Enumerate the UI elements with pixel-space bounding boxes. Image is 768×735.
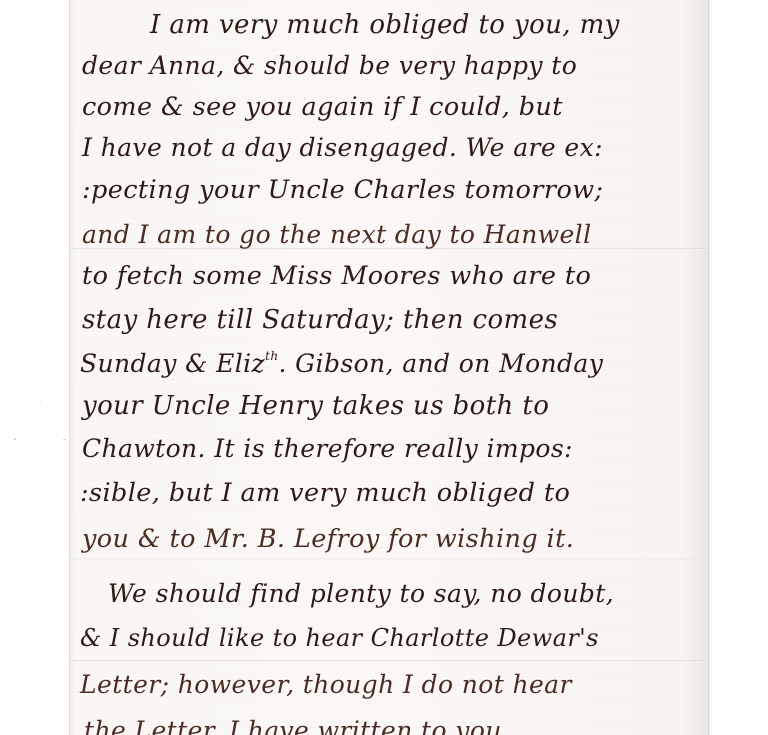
handwritten-line: stay here till Saturday; then comes <box>82 307 558 333</box>
handwritten-line: I am very much obliged to you, my <box>150 12 620 38</box>
handwritten-line: We should find plenty to say, no doubt, <box>108 581 614 606</box>
background-speck <box>14 438 16 440</box>
handwritten-line: and I am to go the next day to Hanwell <box>82 222 591 247</box>
handwritten-line: come & see you again if I could, but <box>82 95 563 121</box>
handwritten-line: :pecting your Uncle Charles tomorrow; <box>82 178 603 204</box>
handwritten-line: to fetch some Miss Moores who are to <box>82 264 591 290</box>
handwritten-line: Letter; however, though I do not hear <box>80 672 572 697</box>
background-speck <box>40 401 41 402</box>
handwritten-line: :sible, but I am very much obliged to <box>80 481 570 507</box>
superscript-abbreviation: th <box>265 349 278 363</box>
letter-page: I am very much obliged to you, my dear A… <box>70 0 708 735</box>
paper-fold-line <box>70 558 708 560</box>
handwritten-line: dear Anna, & should be very happy to <box>82 53 577 78</box>
handwritten-line-cropped: the Letter, I have written to you <box>84 718 502 735</box>
handwritten-line: I have not a day disengaged. We are ex: <box>82 135 603 160</box>
handwritten-text: Sunday & Eliz <box>80 349 265 378</box>
handwritten-text: . Gibson, and on Monday <box>278 349 603 378</box>
handwritten-line: Chawton. It is therefore really impos: <box>82 436 573 461</box>
background-speck <box>63 439 66 440</box>
handwritten-line: & I should like to hear Charlotte Dewar'… <box>80 626 599 650</box>
paper-fold-line <box>70 660 708 662</box>
handwritten-line: you & to Mr. B. Lefroy for wishing it. <box>82 527 574 553</box>
photo-background: I am very much obliged to you, my dear A… <box>0 0 768 735</box>
handwritten-line: your Uncle Henry takes us both to <box>82 393 549 419</box>
handwritten-line: Sunday & Elizth. Gibson, and on Monday <box>80 350 603 376</box>
